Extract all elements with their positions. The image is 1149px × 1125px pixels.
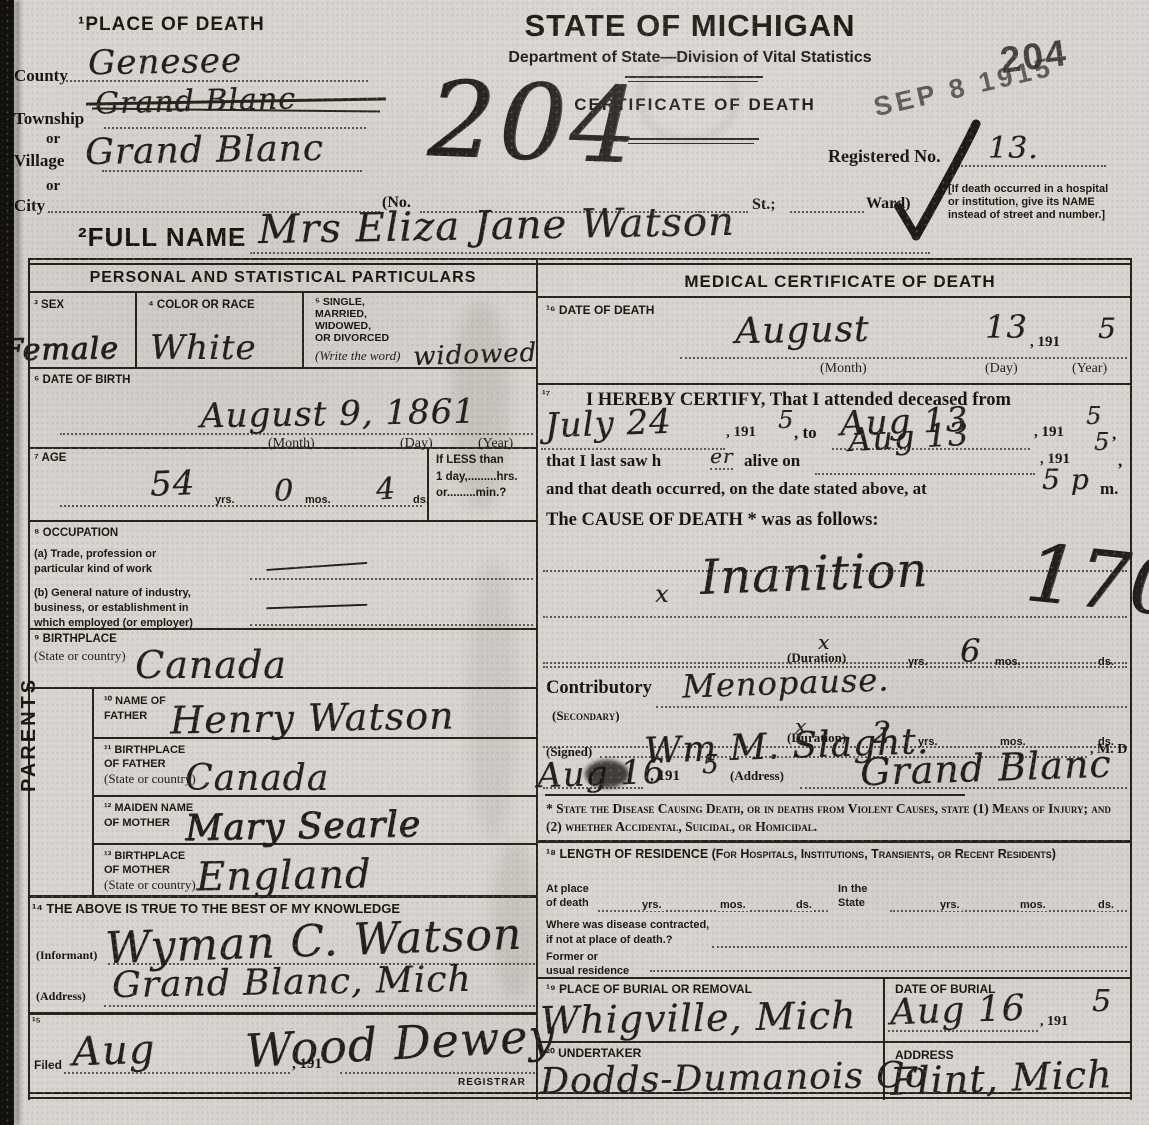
in-state-mos: mos. — [1018, 899, 1048, 911]
cause-value: Inanition — [699, 542, 929, 606]
state-title: STATE OF MICHIGAN — [455, 8, 925, 44]
or-label-1: or — [46, 131, 60, 148]
year-written: 5 — [1094, 428, 1110, 456]
to-label: , to — [794, 423, 817, 443]
mother-birthplace-value: England — [196, 851, 372, 900]
birthplace-sub-label: (State or country) — [34, 648, 126, 664]
duration1-ds-unit: ds. — [1098, 656, 1114, 668]
in-state-label: In the State — [838, 882, 867, 911]
registered-no-value: 13. — [988, 131, 1039, 166]
rule — [28, 687, 538, 689]
margin-scrawl: 170 — [1022, 526, 1149, 635]
rule — [545, 794, 965, 796]
rule — [537, 1041, 1130, 1043]
father-birthplace-value: Canada — [185, 758, 329, 799]
registrar-signature: Wood Dewey — [244, 1008, 557, 1078]
occupation-b-label: (b) General nature of industry, business… — [34, 586, 193, 631]
registrar-label: REGISTRAR — [458, 1077, 526, 1088]
year-printed: , 191 — [726, 424, 756, 441]
contracted-label: Where was disease contracted, if not at … — [546, 918, 709, 948]
certificate-number-written: 204 — [426, 58, 643, 187]
cause-mark: x — [655, 580, 670, 608]
in-state-line — [890, 910, 1127, 912]
marital-label: ⁵ SINGLE, MARRIED, WIDOWED, OR DIVORCED — [315, 296, 389, 344]
ink-blot — [585, 760, 629, 788]
at-place-ds: ds. — [794, 899, 814, 911]
filed-number: ¹⁵ — [32, 1016, 41, 1028]
village-value: Grand Blanc — [85, 128, 325, 173]
bleed-smudge — [468, 560, 518, 840]
full-name-line — [250, 252, 930, 254]
in-state-ds: ds. — [1096, 899, 1116, 911]
rule — [625, 76, 763, 78]
birthplace-label: ⁹ BIRTHPLACE — [34, 633, 117, 645]
rule — [28, 263, 1132, 265]
rule — [628, 81, 758, 82]
death-occurred-text: and that death occurred, on the date sta… — [546, 479, 927, 499]
occupation-a-label: (a) Trade, profession or particular kind… — [34, 547, 156, 577]
contracted-line — [712, 946, 1127, 948]
occupation-label: ⁸ OCCUPATION — [34, 527, 118, 539]
rule — [28, 520, 538, 522]
informant-label: (Informant) — [36, 948, 97, 963]
full-name-label: ²FULL NAME — [78, 222, 246, 253]
parents-divider — [92, 687, 94, 897]
marital-value: widowed — [413, 338, 538, 372]
cause-heading: The CAUSE OF DEATH * was as follows: — [546, 510, 879, 531]
personal-section-title: PERSONAL AND STATISTICAL PARTICULARS — [30, 269, 536, 287]
rule — [628, 143, 754, 144]
contributory-label: Contributory — [546, 678, 652, 699]
rule — [537, 383, 1130, 385]
mother-birthplace-sub: (State or country) — [104, 877, 196, 893]
check-mark — [876, 118, 988, 246]
occupation-b-value: ———— — [264, 586, 365, 622]
at-place-label: At place of death — [546, 882, 589, 911]
death-time-unit: m. — [1100, 479, 1118, 499]
in-state-yrs: yrs. — [938, 899, 962, 911]
father-name-value: Henry Watson — [170, 694, 455, 743]
date-of-death-month: August — [735, 309, 870, 352]
cell-divider — [302, 291, 304, 367]
year-written: 5 — [702, 750, 720, 780]
duration1-months-value: 6 — [960, 632, 981, 670]
filed-label: Filed — [34, 1058, 62, 1072]
at-place-yrs: yrs. — [640, 899, 664, 911]
comma: , — [1112, 424, 1116, 444]
age-months-unit: mos. — [305, 494, 331, 506]
rule — [625, 138, 759, 140]
cell-divider — [135, 291, 137, 367]
rule — [28, 291, 538, 293]
signed-address-value: Grand Blanc — [859, 742, 1112, 795]
day-caption: (Day) — [985, 361, 1018, 377]
residence-label: ¹⁸ LENGTH OF RESIDENCE (For Hospitals, I… — [546, 846, 1121, 862]
attest-label: ¹⁴ THE ABOVE IS TRUE TO THE BEST OF MY K… — [32, 901, 400, 916]
certify-number: ¹⁷ — [542, 389, 550, 401]
county-value: Genesee — [88, 41, 243, 84]
death-certificate-scan: ¹PLACE OF DEATH County Genesee Township … — [0, 0, 1149, 1125]
undertaker-address-value: Flint, Mich — [889, 1052, 1113, 1104]
year-caption: (Year) — [1072, 361, 1107, 377]
year-written: 5 — [1086, 402, 1102, 430]
st-label: St.; — [752, 196, 776, 214]
township-label: Township — [14, 109, 84, 129]
age-years-value: 54 — [149, 463, 196, 505]
age-box-divider — [427, 447, 429, 520]
age-label: ⁷ AGE — [34, 452, 66, 464]
month-caption: (Month) — [268, 436, 315, 452]
place-of-death-label: ¹PLACE OF DEATH — [78, 14, 265, 36]
race-label: ⁴ COLOR OR RACE — [148, 299, 255, 311]
day-caption: (Day) — [400, 436, 433, 452]
rule — [28, 258, 1132, 260]
year-written: 5 — [778, 406, 794, 434]
mother-birthplace-label: ¹³ BIRTHPLACE OF MOTHER — [104, 849, 185, 878]
comma: , — [1118, 451, 1122, 471]
last-saw-date: Aug 13 — [847, 415, 970, 459]
age-months-value: 0 — [274, 474, 294, 509]
year-printed: , 191 — [1040, 1014, 1068, 1030]
informant-address-value: Grand Blanc, Mich — [112, 959, 472, 1006]
occupation-a-value: ———— — [264, 545, 366, 585]
undertaker-value: Dodds-Dumanois Co — [540, 1055, 928, 1103]
father-name-label: ¹⁰ NAME OF FATHER — [104, 694, 166, 724]
age-days-value: 4 — [375, 471, 397, 507]
former-residence-label: Former or usual residence — [546, 950, 629, 979]
year-caption: (Year) — [478, 436, 513, 452]
burial-date-value: Aug 16 — [889, 988, 1026, 1034]
contributory-line — [656, 706, 1127, 708]
father-birthplace-label: ¹¹ BIRTHPLACE OF FATHER — [104, 743, 185, 772]
medical-section-title: MEDICAL CERTIFICATE OF DEATH — [560, 272, 1120, 292]
attended-from-value: July 24 — [544, 402, 672, 446]
informant-address-label: (Address) — [36, 989, 86, 1004]
age-years-unit: yrs. — [215, 494, 235, 506]
last-saw-er-written: er — [710, 444, 733, 470]
right-border — [1130, 258, 1132, 1100]
rule-heavy — [537, 840, 1130, 843]
contributory-value: Menopause. — [681, 660, 889, 705]
death-time-written: 5 p — [1042, 463, 1090, 496]
registrar-line — [340, 1072, 535, 1074]
year-printed: , 191 — [1034, 424, 1064, 441]
father-birthplace-sub: (State or country) — [104, 771, 196, 787]
last-saw-suffix: alive on — [744, 451, 800, 471]
informant-address-line — [104, 1005, 535, 1007]
county-label: County — [14, 66, 68, 86]
date-of-death-day: 13 — [985, 308, 1028, 346]
burial-place-label: ¹⁹ PLACE OF BURIAL OR REMOVAL — [546, 982, 752, 996]
duration1-mark: x — [818, 630, 830, 654]
rule — [537, 296, 1130, 298]
ward-line — [790, 211, 864, 213]
dob-label: ⁶ DATE OF BIRTH — [34, 374, 130, 386]
date-of-death-label: ¹⁶ DATE OF DEATH — [546, 303, 654, 317]
age-days-unit: ds. — [413, 494, 429, 506]
mother-name-label: ¹² MAIDEN NAME OF MOTHER — [104, 801, 193, 831]
last-saw-line — [815, 473, 1035, 475]
duration1-yrs-unit: yrs. — [908, 656, 928, 668]
secondary-caption: (Secondary) — [552, 708, 620, 724]
former-residence-line — [650, 970, 1127, 972]
month-caption: (Month) — [820, 361, 867, 377]
film-edge-soft — [14, 0, 20, 1125]
age-note: If LESS than 1 day,.........hrs. or.....… — [436, 452, 536, 502]
undertaker-label: ²⁰ UNDERTAKER — [546, 1046, 641, 1060]
parents-label: PARENTS — [18, 677, 41, 792]
mother-name-value: Mary Searle — [185, 804, 421, 849]
year-written: 5 — [1092, 984, 1112, 1019]
race-value: White — [150, 328, 257, 368]
address-caption: (Address) — [730, 768, 784, 784]
attended-from-line — [541, 448, 725, 450]
filed-month-value: Aug — [71, 1027, 156, 1076]
age-line — [60, 505, 422, 507]
film-edge — [0, 0, 14, 1125]
cause-footnote: * State the Disease Causing Death, or in… — [546, 800, 1126, 835]
dob-value: August 9, 1861 — [200, 392, 476, 437]
occupation-b-line — [250, 624, 533, 626]
burial-place-value: Whigville, Mich — [540, 993, 857, 1043]
year-written: 5 — [1098, 312, 1117, 345]
village-label: Village — [14, 151, 64, 171]
duration1-mos-unit: mos. — [995, 656, 1021, 668]
at-place-mos: mos. — [718, 899, 748, 911]
sex-label: ³ SEX — [34, 299, 64, 311]
or-label-2: or — [46, 178, 60, 195]
year-printed: , 191 — [1030, 334, 1060, 351]
date-of-death-line — [680, 357, 1127, 359]
full-name-value: Mrs Eliza Jane Watson — [258, 199, 735, 253]
birthplace-value: Canada — [135, 643, 287, 687]
last-saw-prefix: that I last saw h — [546, 451, 661, 471]
marital-hint: (Write the word) — [315, 348, 400, 364]
